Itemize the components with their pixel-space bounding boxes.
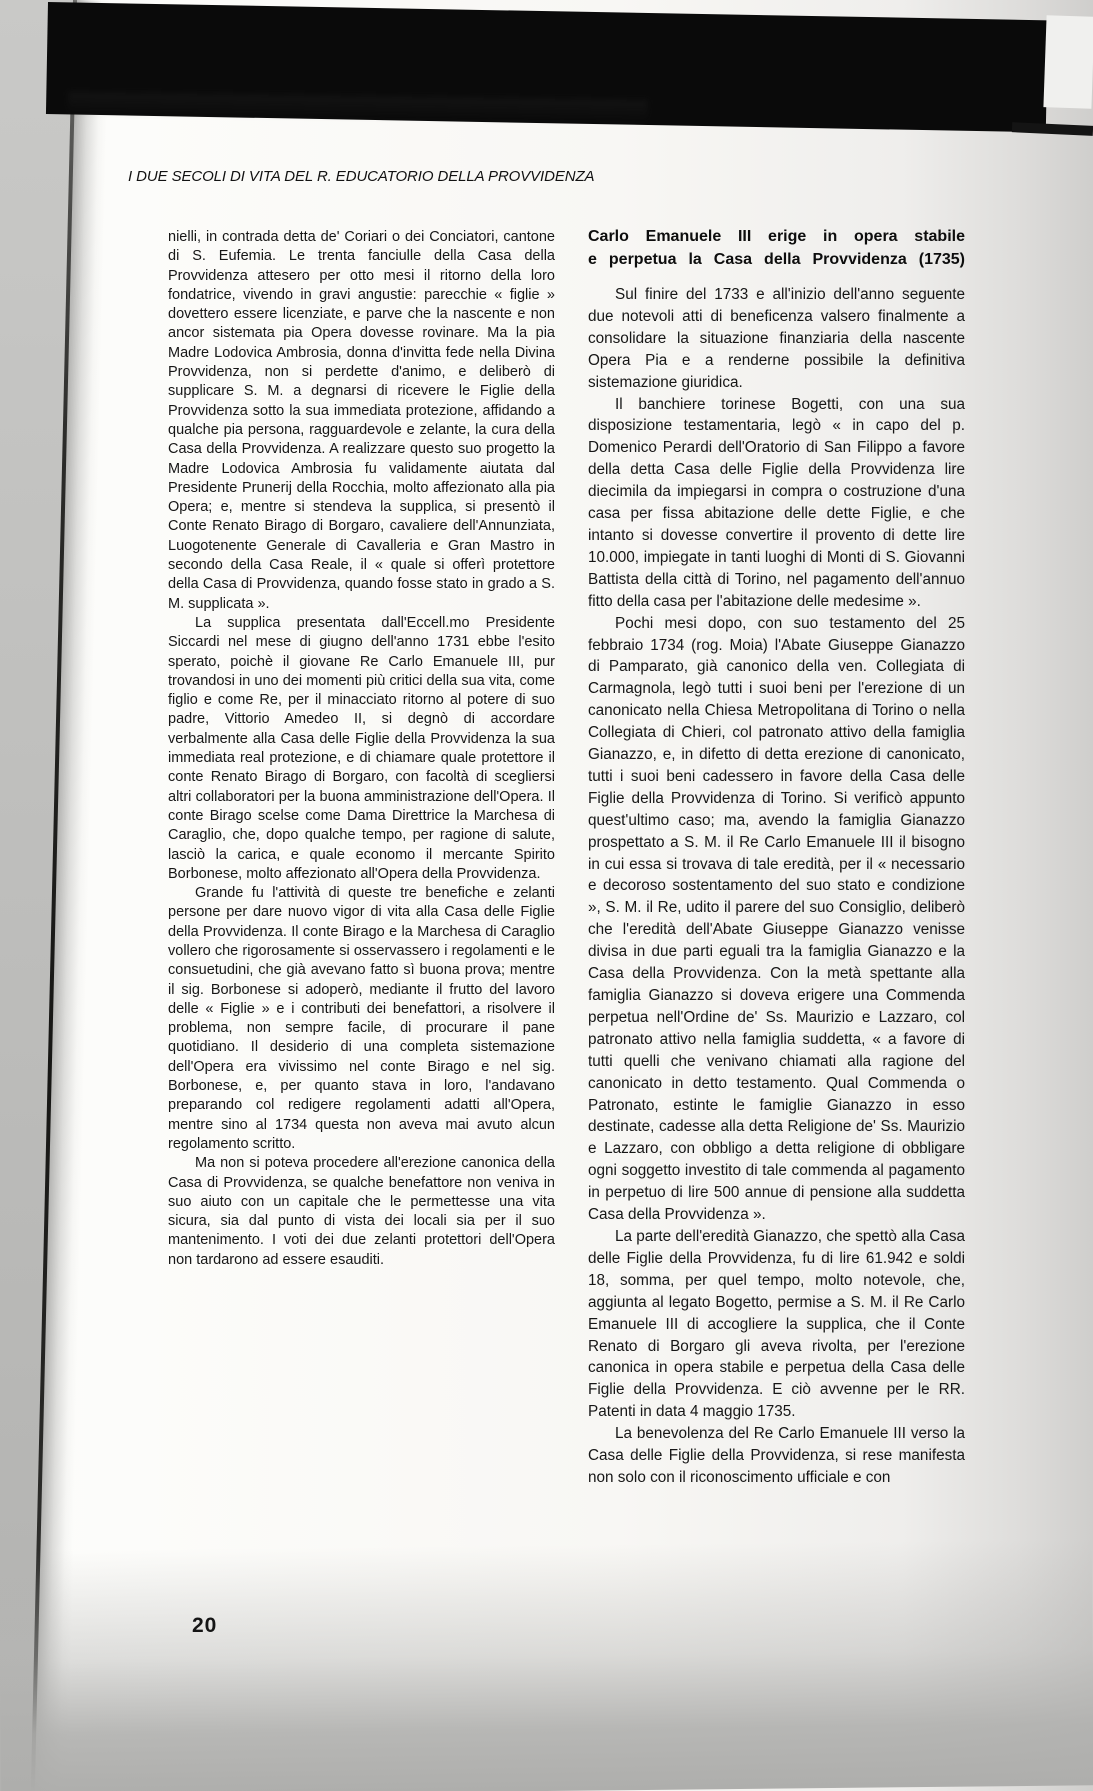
section-heading-line-1: Carlo Emanuele III erige in opera stabil… [588, 226, 965, 249]
right-column-text: Carlo Emanuele III erige in opera stabil… [588, 226, 965, 1489]
left-column-text: nielli, in contrada detta de' Coriari o … [168, 228, 555, 1270]
paragraph: La supplica presentata dall'Eccell.mo Pr… [168, 614, 555, 884]
section-heading-line-2: e perpetua la Casa della Provvidenza (17… [588, 249, 965, 272]
scan-corner-highlight [1043, 15, 1093, 109]
right-column-paragraphs: Sul finire del 1733 e all'inizio dell'an… [588, 284, 965, 1489]
paragraph: La parte dell'eredità Gianazzo, che spet… [588, 1226, 965, 1423]
page-number: 20 [192, 1614, 217, 1638]
page-bottom-shadow [0, 1539, 1093, 1791]
paragraph: nielli, in contrada detta de' Coriari o … [168, 228, 555, 614]
running-header: I DUE SECOLI DI VITA DEL R. EDUCATORIO D… [128, 168, 668, 185]
paragraph: Ma non si poteva procedere all'erezione … [168, 1154, 555, 1270]
paragraph: La benevolenza del Re Carlo Emanuele III… [588, 1423, 965, 1489]
section-heading: Carlo Emanuele III erige in opera stabil… [588, 226, 965, 271]
paragraph: Il banchiere torinese Bogetti, con una s… [588, 394, 965, 613]
paragraph: Sul finire del 1733 e all'inizio dell'an… [588, 284, 965, 394]
paragraph: Pochi mesi dopo, con suo testamento del … [588, 613, 965, 1226]
paragraph: Grande fu l'attività di queste tre benef… [168, 884, 555, 1154]
